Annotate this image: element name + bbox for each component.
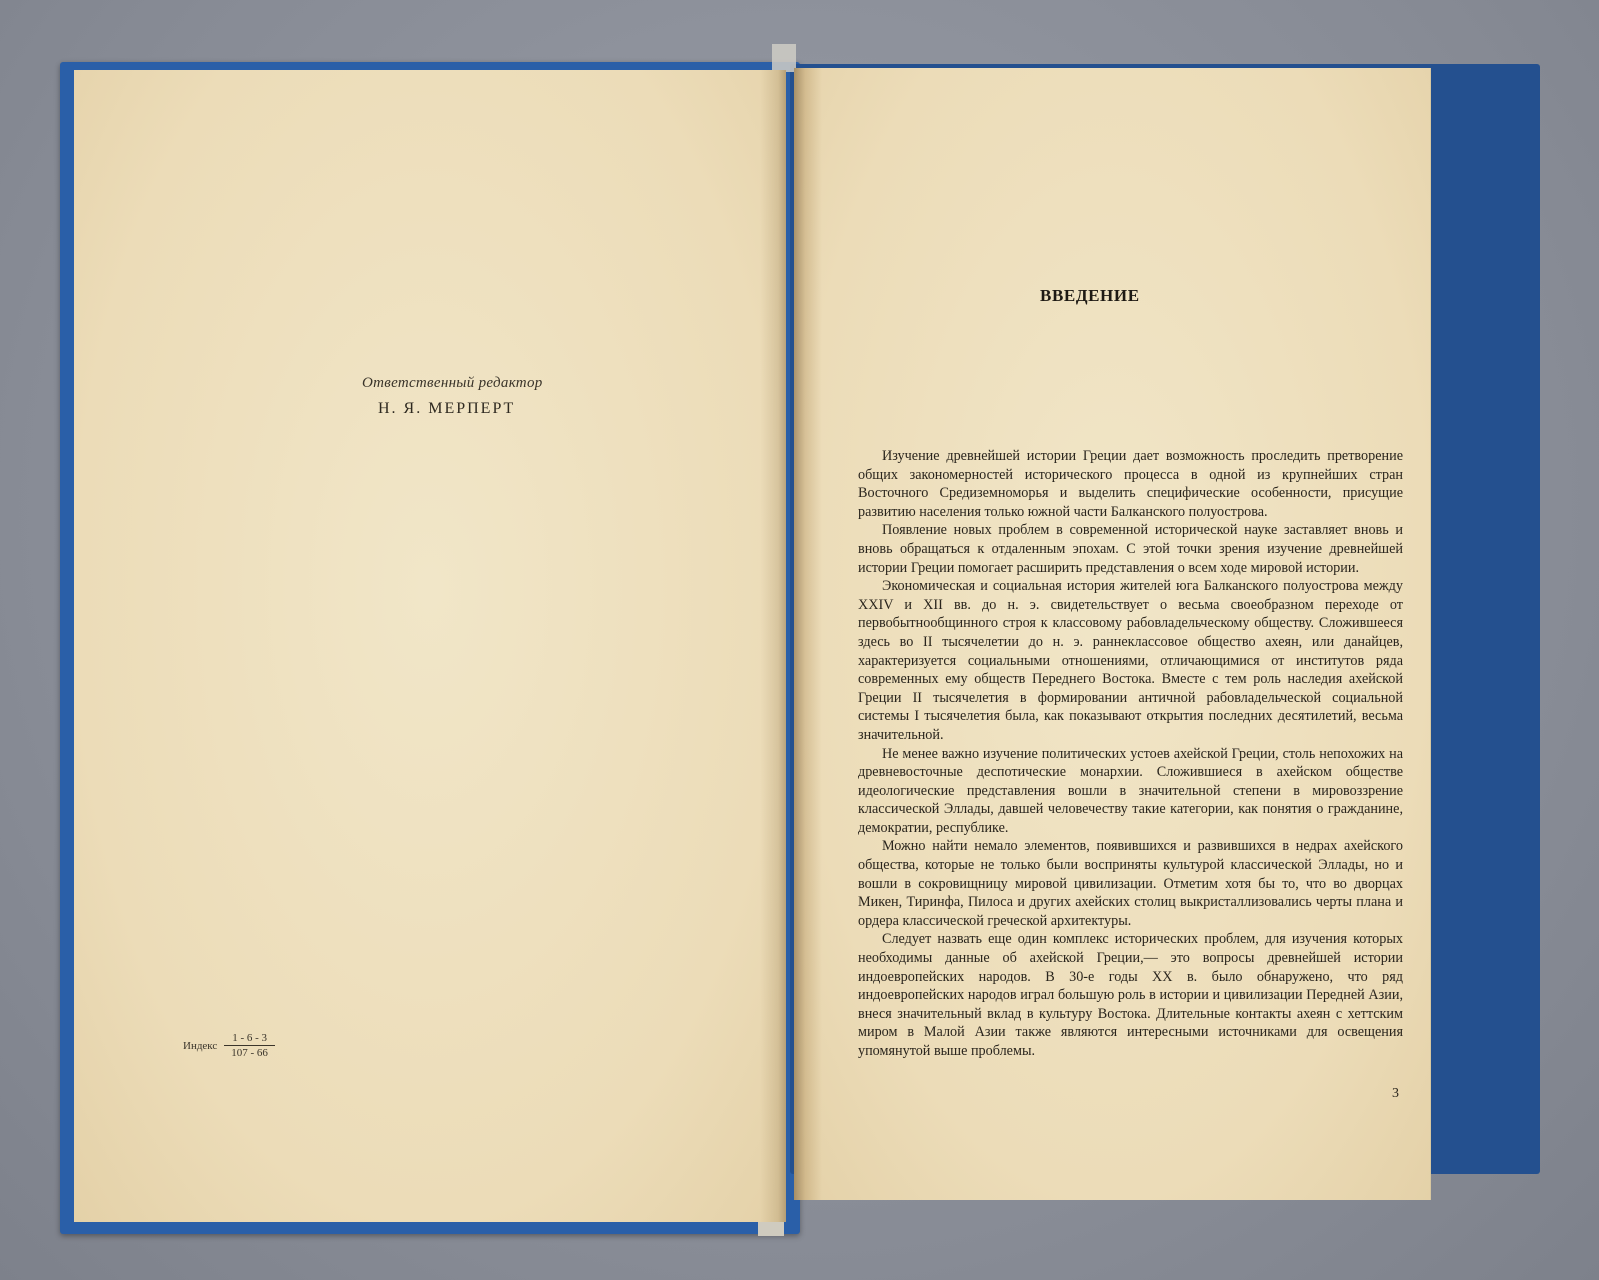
index-fraction: 1 - 6 - 3 107 - 66: [223, 1032, 276, 1059]
spine-tape-bottom: [758, 1222, 784, 1236]
index-denominator: 107 - 66: [223, 1046, 276, 1059]
index-label: Индекс: [183, 1040, 217, 1052]
gutter-shadow-left: [760, 70, 786, 1222]
editor-name: Н. Я. МЕРПЕРТ: [378, 400, 578, 418]
index-numerator: 1 - 6 - 3: [224, 1032, 275, 1046]
editor-label: Ответственный редактор: [362, 375, 602, 392]
paragraph: Экономическая и социальная история жител…: [858, 577, 1403, 744]
chapter-heading: ВВЕДЕНИЕ: [1040, 286, 1140, 306]
left-page: [74, 70, 786, 1222]
spine-tape-top: [772, 44, 796, 72]
paragraph: Изучение древнейшей истории Греции дает …: [858, 447, 1403, 521]
body-text: Изучение древнейшей истории Греции дает …: [858, 447, 1403, 1061]
paragraph: Не менее важно изучение политических уст…: [858, 745, 1403, 838]
page-number: 3: [1392, 1086, 1399, 1102]
gutter-shadow-right: [794, 68, 822, 1200]
paragraph: Следует назвать еще один комплекс истори…: [858, 930, 1403, 1060]
index-block: Индекс 1 - 6 - 3 107 - 66: [183, 1032, 276, 1059]
paragraph: Можно найти немало элементов, появившихс…: [858, 837, 1403, 930]
paragraph: Появление новых проблем в современной ис…: [858, 521, 1403, 577]
